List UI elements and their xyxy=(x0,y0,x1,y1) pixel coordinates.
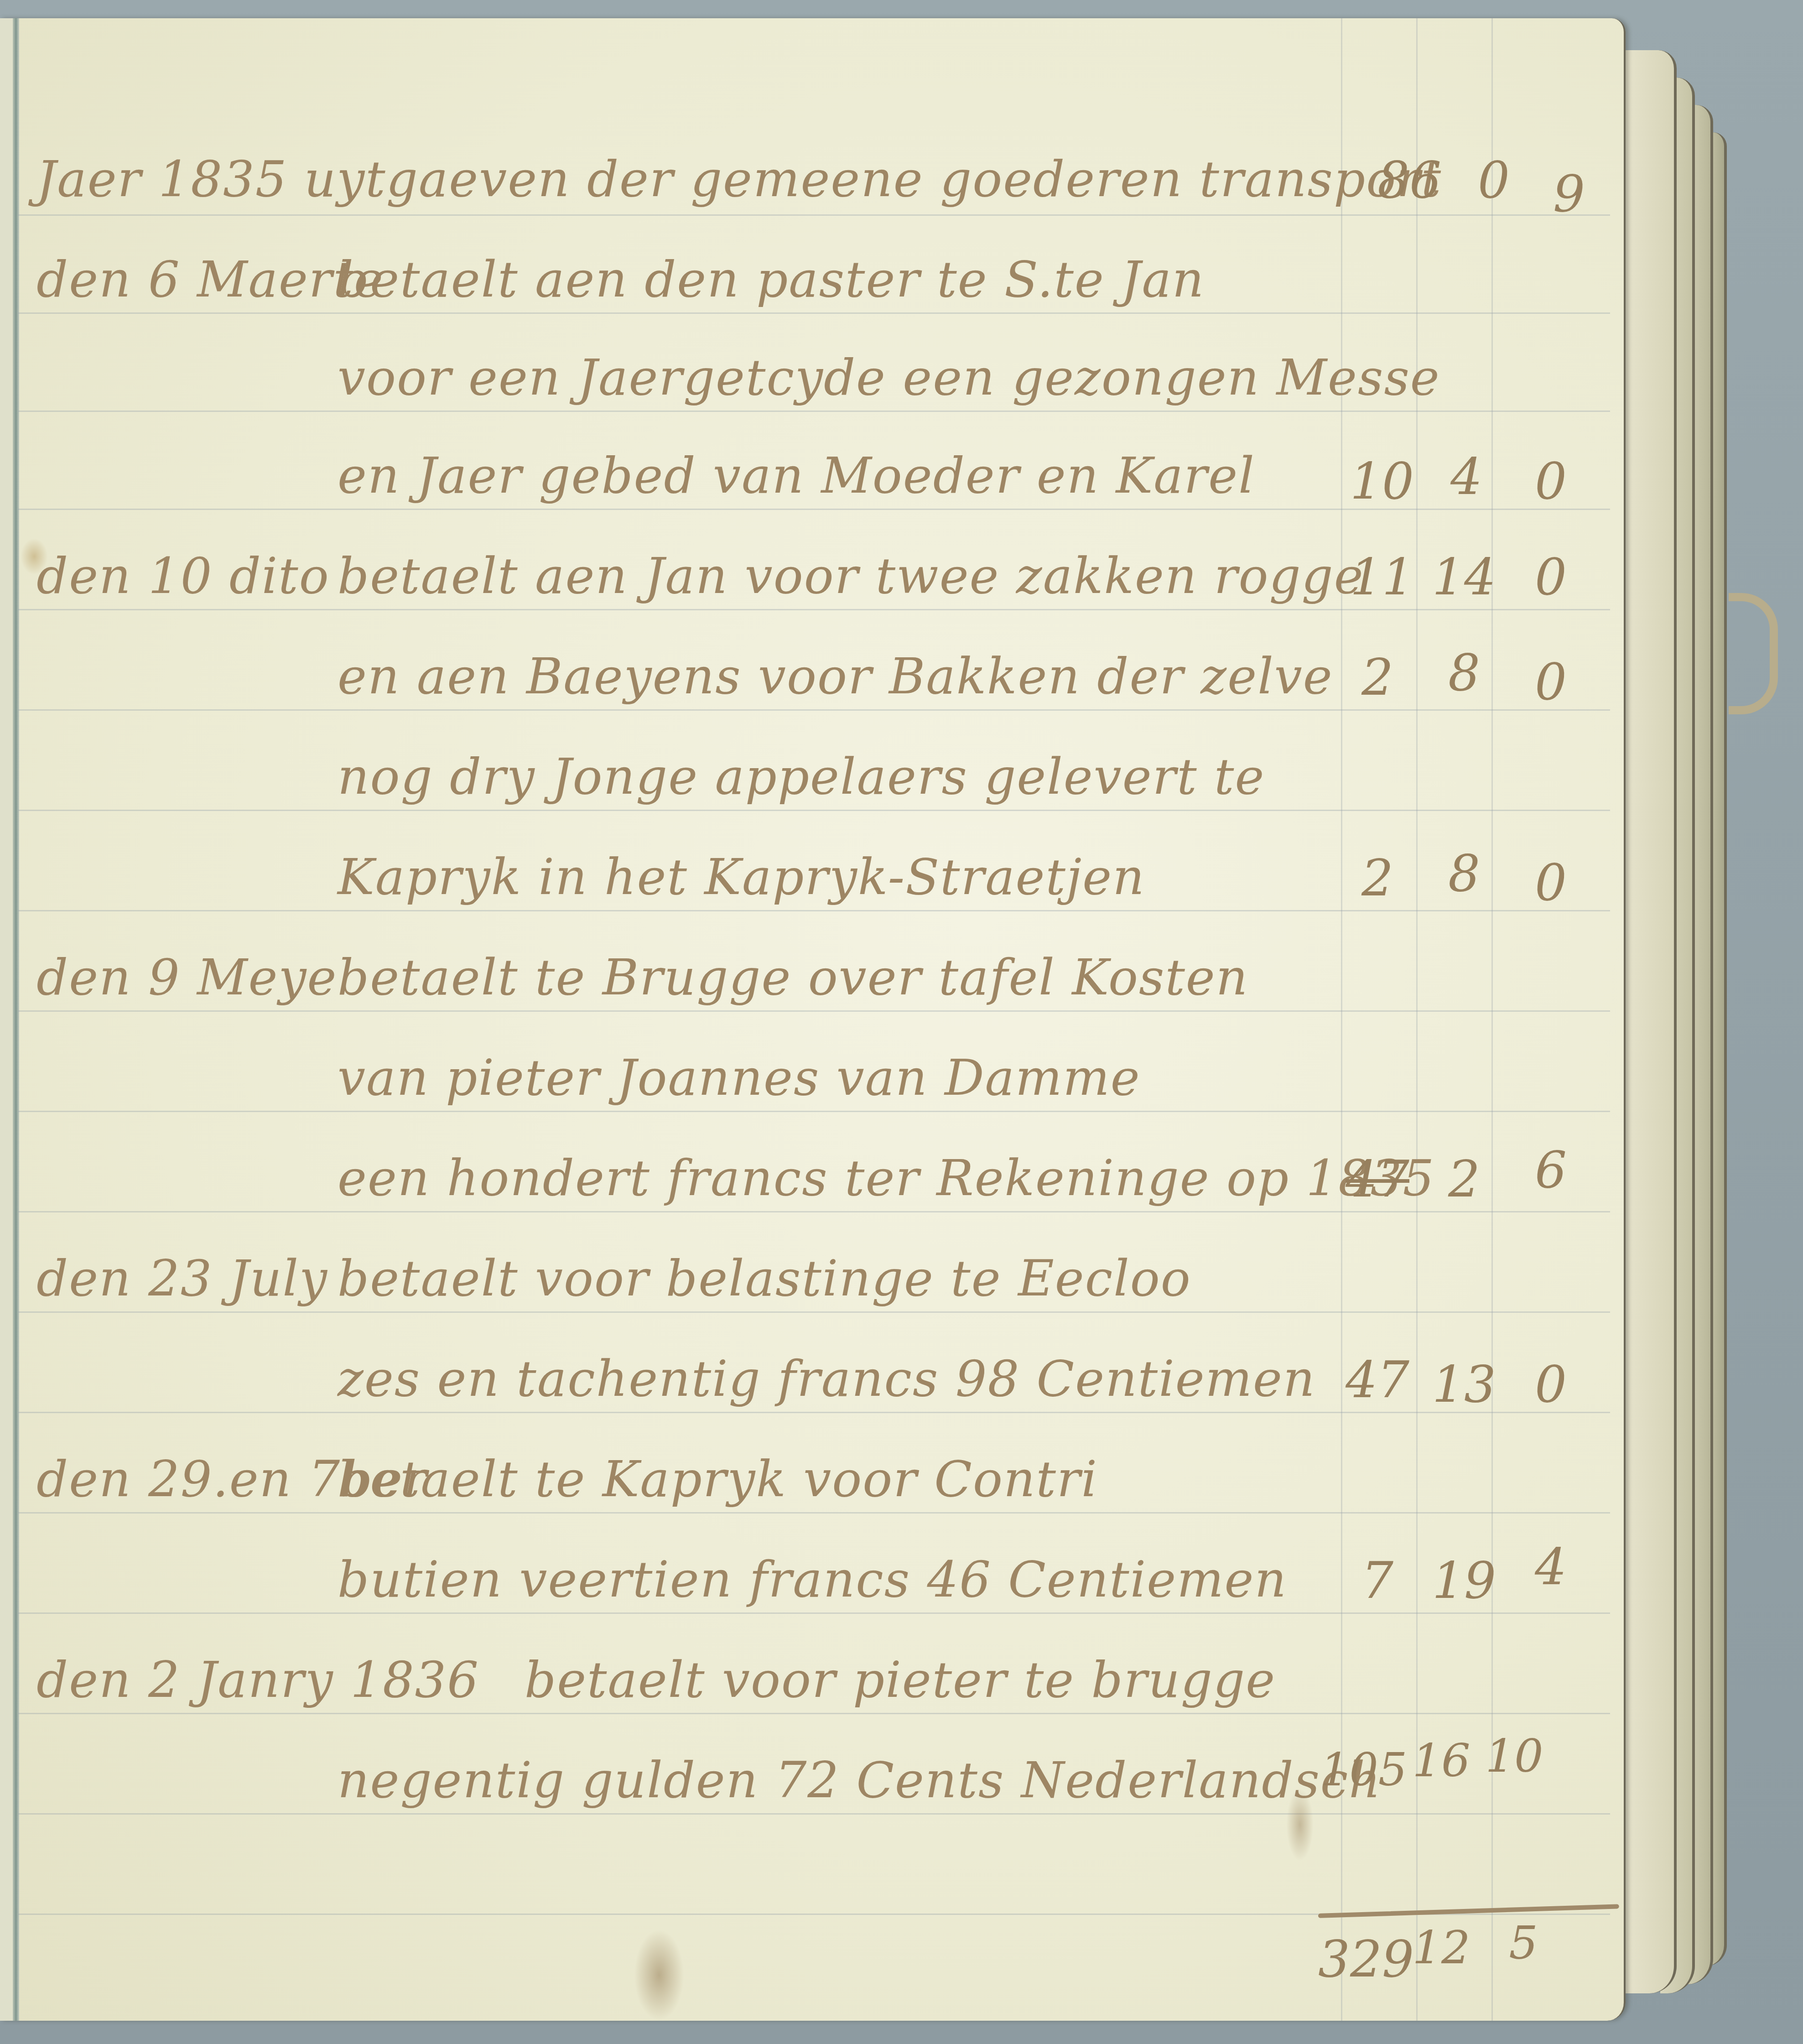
entry-line: betaelt voor belastinge te Eecloo xyxy=(338,1254,1191,1304)
column-divider xyxy=(1491,18,1493,2021)
ruled-line xyxy=(18,609,1610,610)
ledger-header: Jaer 1835 uytgaeven der gemeene goederen… xyxy=(36,155,1442,204)
ledger-page: Jaer 1835 uytgaeven der gemeene goederen… xyxy=(0,18,1626,2021)
ruled-line xyxy=(18,312,1610,314)
amount-pounds: 10 xyxy=(1336,456,1428,506)
book-gutter xyxy=(13,18,19,2021)
amount-shillings: 19 xyxy=(1418,1555,1510,1606)
entry-line: butien veertien francs 46 Centiemen xyxy=(338,1555,1287,1605)
amount-pounds-overwritten: 47 xyxy=(1332,1154,1423,1204)
page-edge xyxy=(1624,50,1677,1993)
amount-pence: 6 xyxy=(1505,1145,1596,1195)
facing-page-edge xyxy=(0,18,13,2021)
ruled-line xyxy=(18,1713,1610,1714)
entry-line: betaelt voor pieter te brugge xyxy=(525,1656,1276,1705)
entry-line: nog dry Jonge appelaers gelevert te xyxy=(338,753,1265,802)
entry-line: een hondert francs ter Rekeninge op 1835 xyxy=(338,1154,1435,1203)
entry-line: betaelt aen Jan voor twee zakken rogge xyxy=(338,552,1364,601)
entry-line: zes en tachentig francs 98 Centiemen xyxy=(338,1355,1315,1404)
amount-pounds: 7 xyxy=(1332,1555,1423,1606)
ruled-line xyxy=(18,214,1610,216)
entry-date: den 6 Maerte xyxy=(36,255,384,305)
amount-pence: 9 xyxy=(1523,169,1615,219)
amount-shillings: 14 xyxy=(1418,552,1510,602)
ruled-line xyxy=(18,810,1610,811)
amount-pence: 0 xyxy=(1505,552,1596,602)
ruled-line xyxy=(18,1211,1610,1212)
binding-strap xyxy=(1729,593,1778,714)
amount-pounds: 86 xyxy=(1364,155,1455,205)
ruled-line xyxy=(18,910,1610,911)
amount-pounds: 47 xyxy=(1332,1355,1423,1405)
amount-pence: 0 xyxy=(1505,657,1596,707)
ruled-line xyxy=(18,1612,1610,1614)
total-underline xyxy=(1318,1904,1619,1918)
amount-pounds: 2 xyxy=(1332,652,1423,702)
scanned-ledger: Jaer 1835 uytgaeven der gemeene goederen… xyxy=(0,0,1803,2044)
amount-pence: 0 xyxy=(1505,1359,1596,1409)
entry-line: betaelt te Brugge over tafel Kosten xyxy=(338,953,1248,1003)
amount-pence: 4 xyxy=(1505,1542,1596,1592)
amount-pounds: 2 xyxy=(1332,853,1423,903)
entry-line: voor een Jaergetcyde een gezongen Messe xyxy=(338,354,1440,403)
ruled-line xyxy=(18,1512,1610,1513)
amount-pence: 0 xyxy=(1505,456,1596,506)
ruled-line xyxy=(18,1111,1610,1112)
ruled-line xyxy=(18,411,1610,412)
entry-date: den 2 Janry 1836 xyxy=(36,1656,479,1705)
entry-line: negentig gulden 72 Cents Nederlandsch xyxy=(338,1756,1382,1805)
ruled-line xyxy=(18,1010,1610,1012)
ruled-line xyxy=(18,1813,1610,1815)
amount-shillings: 8 xyxy=(1418,848,1510,899)
amount-shillings: 2 xyxy=(1418,1154,1510,1204)
amount-pounds: 11 xyxy=(1336,552,1428,602)
total-shillings: 12 xyxy=(1396,1925,1487,1971)
entry-line: en Jaer gebed van Moeder en Karel xyxy=(338,452,1255,501)
ruled-line xyxy=(18,709,1610,711)
entry-line: betaelt aen den paster te S.te Jan xyxy=(338,255,1205,305)
amount-shillings: 13 xyxy=(1418,1359,1510,1409)
entry-date: den 23 July xyxy=(36,1254,328,1304)
amount-pence: 10 xyxy=(1469,1733,1560,1779)
ink-stain xyxy=(1286,1788,1314,1861)
total-pence: 5 xyxy=(1478,1920,1569,1966)
ink-stain xyxy=(634,1930,684,2021)
entry-line: betaelt te Kapryk voor Contri xyxy=(338,1455,1098,1504)
amount-shillings: 4 xyxy=(1421,452,1512,502)
ruled-line xyxy=(18,1311,1610,1313)
amount-shillings: 8 xyxy=(1418,648,1510,698)
amount-pence: 0 xyxy=(1505,858,1596,908)
entry-date: den 9 Meye xyxy=(36,953,337,1003)
entry-line: Kapryk in het Kapryk-Straetjen xyxy=(338,853,1145,902)
ruled-line xyxy=(18,1412,1610,1413)
entry-line: van pieter Joannes van Damme xyxy=(338,1054,1141,1103)
column-divider xyxy=(1341,18,1342,2021)
entry-date: den 10 dito xyxy=(36,552,330,601)
column-divider xyxy=(1416,18,1418,2021)
entry-line: en aen Baeyens voor Bakken der zelve xyxy=(338,652,1333,702)
